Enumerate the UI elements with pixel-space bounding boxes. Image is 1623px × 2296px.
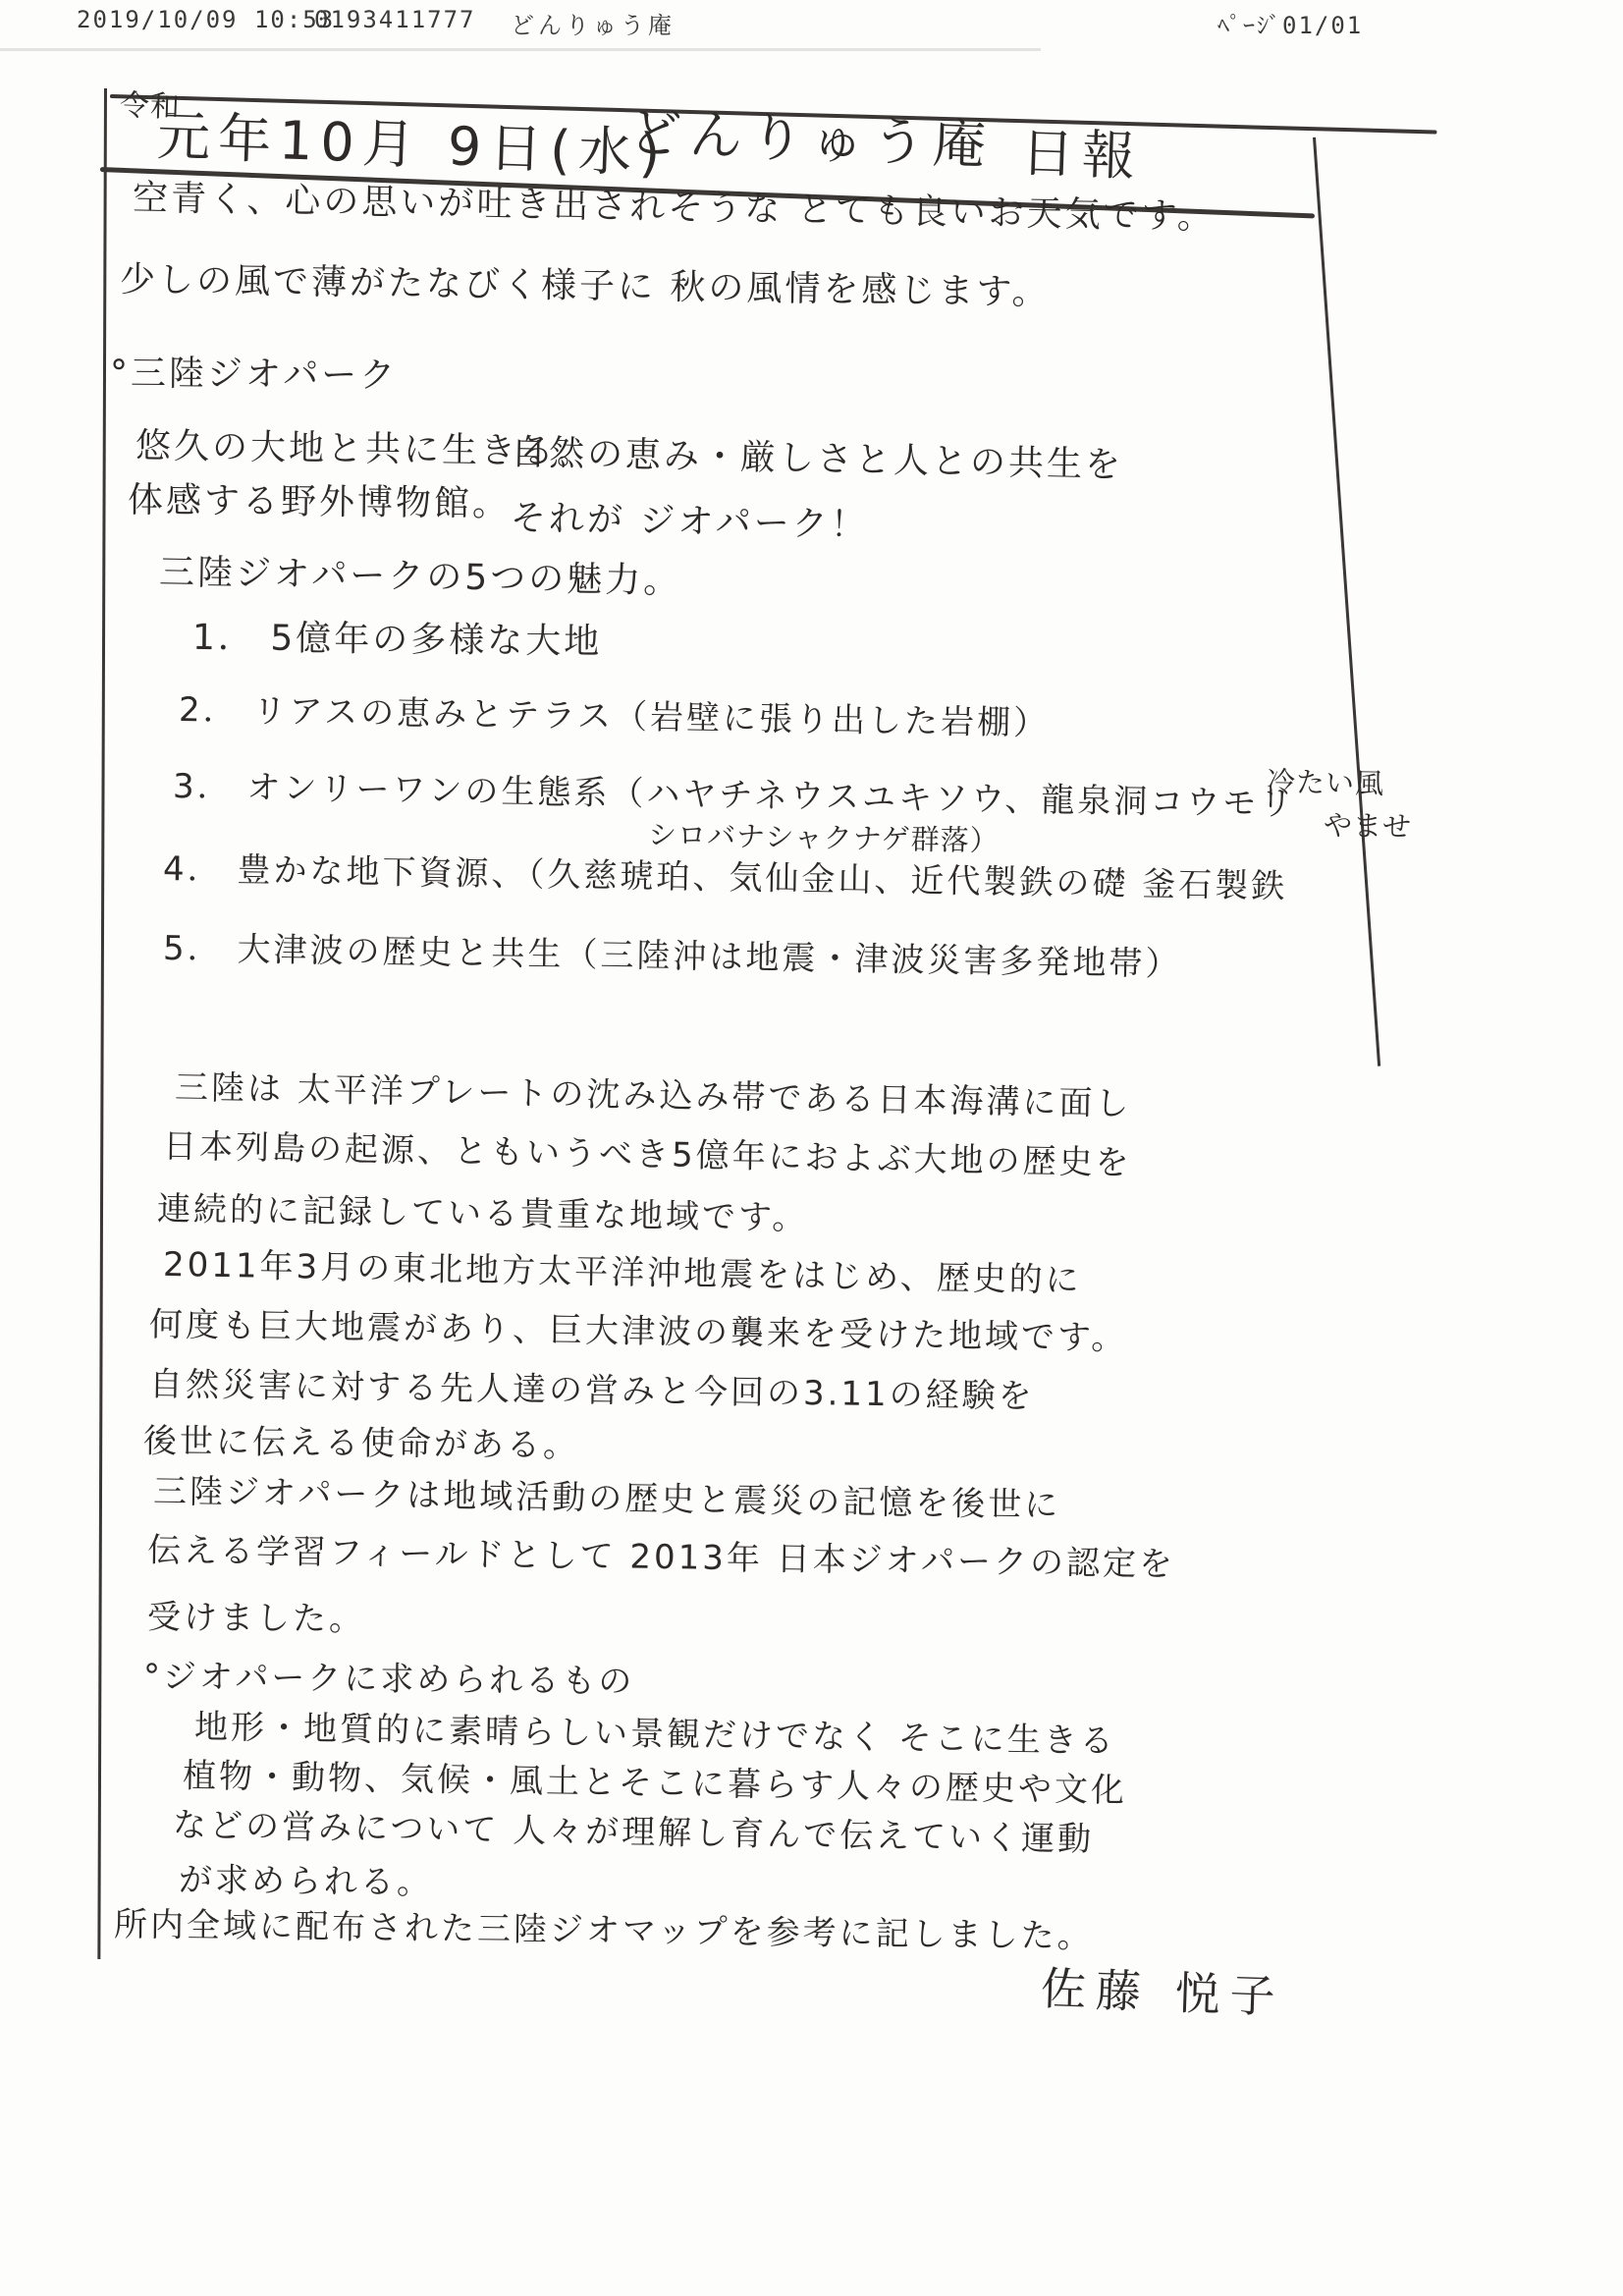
fax-datetime: 2019/10/09 10:53	[77, 6, 335, 33]
signature: 佐藤 悦子	[1040, 1964, 1285, 2022]
geopark-paragraph-line: 後世に伝える使命がある。	[143, 1424, 579, 1465]
charms-list-title: 三陸ジオパークの5つの魅力。	[159, 553, 682, 601]
fax-number: 0193411777	[314, 6, 476, 33]
fax-scanned-daily-report: 2019/10/09 10:53 0193411777 どんりゅう庵 ﾍﾟｰｼﾞ…	[0, 0, 1623, 2296]
geopark-lead-line: 体感する野外博物館。	[128, 481, 511, 524]
geopark-paragraph-line: 2011年3月の東北地方太平洋沖地震をはじめ、歴史的に	[163, 1247, 1082, 1300]
requirements-line: 植物・動物、気候・風土とそこに暮らす人々の歴史や文化	[183, 1758, 1127, 1809]
geopark-paragraph-line: 三陸ジオパークは地域活動の歴史と震災の記憶を後世に	[153, 1474, 1061, 1525]
frame-right-line	[1313, 137, 1380, 1066]
charm3-margin-note: 冷たい風	[1267, 767, 1385, 800]
report-title-type: 日報	[1020, 124, 1144, 187]
scan-artifact	[0, 48, 1041, 51]
geopark-paragraph-line: 何度も巨大地震があり、巨大津波の襲来を受けた地域です。	[149, 1307, 1128, 1357]
geopark-paragraph-line: 自然災害に対する先人達の営みと今回の3.11の経験を	[149, 1367, 1035, 1416]
section-heading-requirements: °ジオパークに求められるもの	[143, 1659, 635, 1701]
geopark-lead-line: 自然の恵み・厳しさと人との共生を	[511, 433, 1124, 485]
closing-line: 所内全域に配布された三陸ジオマップを参考に記しました。	[114, 1907, 1094, 1956]
geopark-paragraph-line: 伝える学習フィールドとして 2013年 日本ジオパークの認定を	[147, 1533, 1175, 1584]
geopark-paragraph-line: 連続的に記録している貴重な地域です。	[157, 1191, 809, 1237]
charm-list-item: 2． リアスの恵みとテラス（岩壁に張り出した岩棚）	[179, 692, 1051, 742]
charm3-margin-note: やませ	[1324, 810, 1413, 843]
requirements-line: が求められる。	[179, 1863, 433, 1902]
fax-sender-name: どんりゅう庵	[511, 6, 676, 40]
requirements-line: などの営みについて 人々が理解し育んで伝えていく運動	[173, 1808, 1095, 1859]
geopark-paragraph-line: 受けました。	[147, 1600, 365, 1639]
geopark-paragraph-line: 三陸は 太平洋プレートの沈み込み帯である日本海溝に面し	[175, 1069, 1132, 1122]
charm-list-item: 3． オンリーワンの生態系（ハヤチネウスユキソウ、龍泉洞コウモリ	[173, 769, 1296, 823]
weather-line: 少しの風で薄がたなびく様子に 秋の風情を感じます。	[120, 260, 1051, 312]
charm-list-item: 1． 5億年の多様な大地	[192, 619, 603, 662]
charm3-continuation: シロバナシャクナゲ群落）	[648, 820, 1000, 857]
requirements-line: 地形・地質的に素晴らしい景観だけでなく そこに生きる	[194, 1710, 1116, 1761]
weather-line: 空青く、心の思いが吐き出されそうな とても良いお天気です。	[133, 179, 1216, 237]
frame-left-line	[97, 88, 107, 1959]
report-title-name: どんりゅう庵	[627, 104, 995, 175]
geopark-paragraph-line: 日本列島の起源、ともいうべき5億年におよぶ大地の歴史を	[163, 1128, 1132, 1182]
geopark-lead-line: それが ジオパーク！	[511, 499, 869, 545]
fax-header: 2019/10/09 10:53 0193411777 どんりゅう庵 ﾍﾟｰｼﾞ…	[0, 6, 1623, 45]
fax-page-indicator: ﾍﾟｰｼﾞ01/01	[1217, 6, 1363, 40]
charm-list-item: 4． 豊かな地下資源、（久慈琥珀、気仙金山、近代製鉄の礎 釜石製鉄	[163, 851, 1288, 905]
section-heading-sanriku-geopark: °三陸ジオパーク	[110, 355, 399, 396]
charm-list-item: 5． 大津波の歴史と共生（三陸沖は地震・津波災害多発地帯）	[163, 931, 1182, 984]
